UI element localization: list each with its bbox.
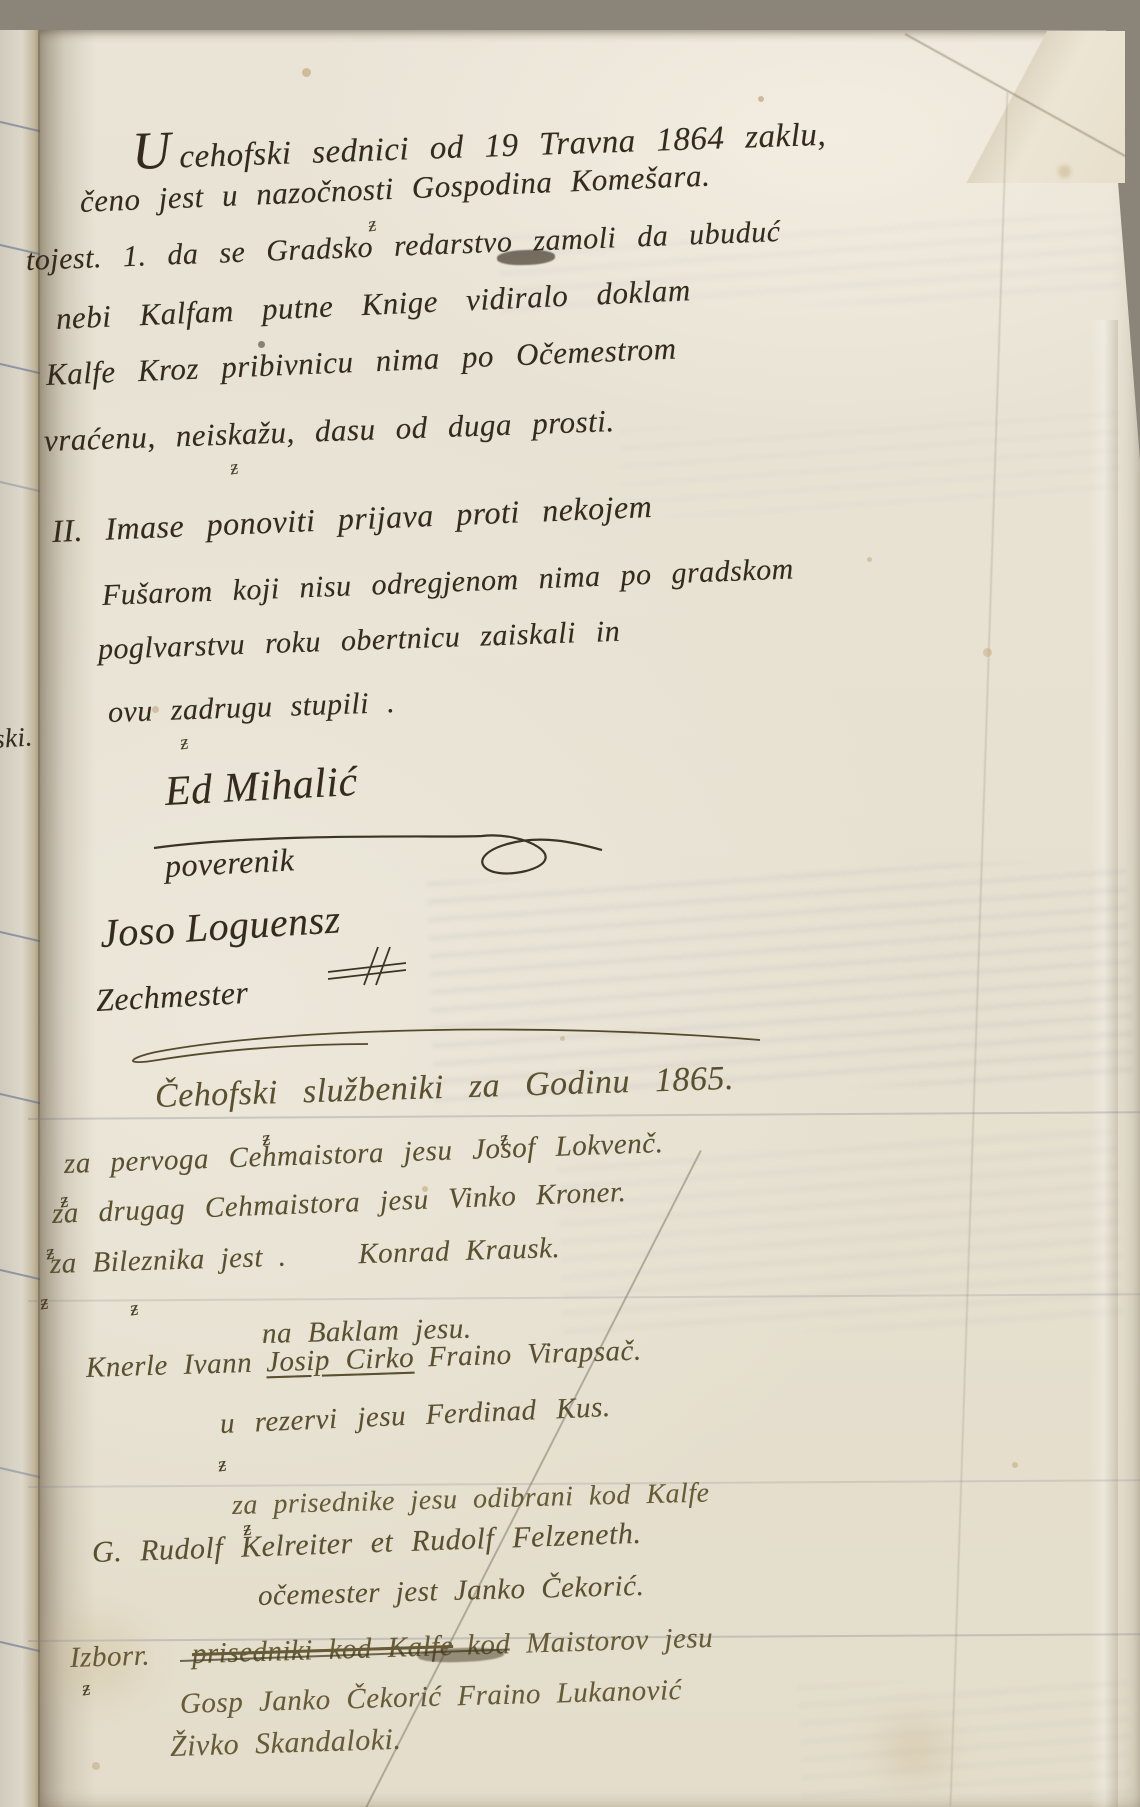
- margin-rule-line: [0, 120, 41, 132]
- foxing-spot: [867, 557, 872, 562]
- roster-name-knerle: Knerle Ivann: [85, 1347, 252, 1384]
- signature-name-1: Ed Mihalić: [164, 758, 359, 816]
- previous-page-edge: [0, 30, 40, 1807]
- foxing-spot: [1012, 1462, 1018, 1468]
- foxing-spot: [983, 648, 992, 657]
- margin-rule-line: [0, 1466, 41, 1478]
- gutter-shadow: [38, 30, 96, 1807]
- ink-bleed-through: [557, 1130, 1123, 1339]
- ink-bleed-through: [619, 411, 1122, 518]
- ink-bleed-through: [798, 1674, 1132, 1805]
- roster-line-10-rest: kod Maistorov jesu: [467, 1622, 714, 1662]
- margin-rule-line: [0, 480, 41, 492]
- margin-rule-line: [0, 1268, 41, 1280]
- foxing-spot: [1058, 165, 1071, 178]
- stain: [880, 1720, 950, 1780]
- manuscript-photo: ski. Ucehofski sednici od 19 Travna 1864…: [0, 0, 1140, 1807]
- roster-name-virapsac: Fraino Virapsač.: [428, 1335, 643, 1374]
- foxing-spot: [92, 1762, 100, 1770]
- foxing-spot: [302, 68, 311, 77]
- roster-line-12: Živko Skandaloki.: [169, 1723, 401, 1764]
- margin-rule-line: [0, 1092, 41, 1104]
- margin-rule-line: [0, 1640, 41, 1652]
- roster-line-3-value: Konrad Krausk.: [358, 1232, 561, 1270]
- roster-line-10-intro: Izborr.: [69, 1639, 150, 1673]
- margin-rule-line: [0, 930, 41, 942]
- roster-line-10-struck: prisedniki kod Kalfe: [191, 1630, 453, 1670]
- signature-role-1: poverenik: [164, 841, 295, 885]
- signature-flourish-2: [322, 944, 418, 988]
- margin-rule-line: [0, 362, 41, 374]
- drop-initial: U: [131, 120, 172, 181]
- left-margin-fragment: ski.: [0, 721, 34, 755]
- roster-name-cirko-underlined: Josip Cirko: [266, 1342, 415, 1379]
- roster-line-3-label: za Bileznika jest .: [49, 1241, 286, 1280]
